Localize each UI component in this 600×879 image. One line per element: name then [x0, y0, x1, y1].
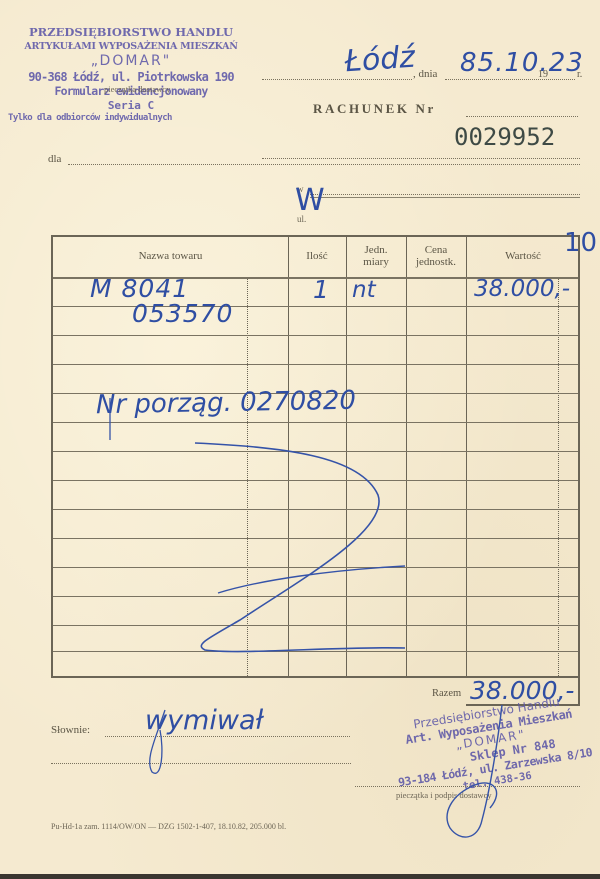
row-line [53, 480, 578, 481]
row1-jednostka[interactable]: nt [352, 277, 376, 303]
row1-ilosc[interactable]: 1 [313, 275, 329, 304]
header-nazwa: Nazwa towaru [53, 237, 288, 277]
header-ilosc: Ilość [288, 237, 346, 277]
rachunek-line [466, 116, 578, 117]
row-line [53, 422, 578, 423]
invoice-number: 0029952 [454, 123, 555, 151]
row-line [53, 451, 578, 452]
supplier-stamp-top: PRZEDSIĘBIORSTWO HANDLU ARTYKUŁAMI WYPOS… [6, 27, 256, 123]
stamp-line: Tylko dla odbiorców indywidualnych [6, 114, 256, 123]
row-line [53, 509, 578, 510]
row-line [53, 651, 578, 652]
header-nazwa-text: Nazwa towaru [139, 251, 203, 263]
place-line[interactable] [262, 79, 412, 80]
stamp-line: 90-368 Łódź, ul. Piotrkowska 190 [6, 71, 256, 83]
row-line [53, 567, 578, 568]
row-line [53, 596, 578, 597]
supplier-stamp-caption: pieczątka dostawcy [104, 84, 170, 94]
row-line [53, 364, 578, 365]
row-line [53, 538, 578, 539]
col-divider [466, 237, 467, 676]
slownie-line-2[interactable] [51, 763, 351, 764]
header-ilosc-text: Ilość [306, 251, 327, 263]
handwritten-place: Łódź [344, 40, 416, 80]
row-line [53, 335, 578, 336]
row5-nazwa[interactable]: Nr porząg. 0270820 [96, 386, 356, 421]
year-suffix: r. [577, 69, 582, 80]
rachunek-line-2 [262, 158, 580, 159]
wartosc-subdivider [558, 277, 559, 676]
rachunek-label: RACHUNEK Nr [313, 101, 436, 117]
stamp-line: PRZEDSIĘBIORSTWO HANDLU [6, 27, 256, 39]
slownie-loop-stroke [140, 700, 200, 780]
handwritten-date: 85.10.23 [460, 48, 584, 78]
col-divider [346, 237, 347, 676]
signature-stroke [420, 700, 540, 850]
col-divider [288, 237, 289, 676]
dnia-label: , dnia [413, 68, 437, 80]
date-line[interactable] [445, 79, 575, 80]
footer-print-info: Pu-Hd-1a zam. 1114/OW/ON — DZG 1502-1-40… [51, 822, 286, 831]
header-cena-line2: jednostk. [416, 257, 456, 269]
w-underline [310, 197, 580, 198]
row-line [53, 625, 578, 626]
header-jedn-line2: miary [363, 257, 389, 269]
stamp-line: Seria C [6, 100, 256, 111]
handwritten-w: W [295, 183, 325, 218]
stamp-line: ARTYKUŁAMI WYPOSAŻENIA MIESZKAŃ [6, 42, 256, 52]
nazwa-subdivider [247, 277, 248, 676]
header-wartosc-text: Wartość [505, 251, 541, 263]
razem-label: Razem [432, 688, 461, 699]
row1-wartosc[interactable]: 38.000,- [474, 276, 570, 302]
row2-nazwa[interactable]: 053570 [132, 299, 233, 328]
stamp-line: „DOMAR" [6, 54, 256, 68]
col-divider [406, 237, 407, 676]
margin-note: 10 [564, 228, 597, 258]
year-prefix: 19 [538, 69, 548, 80]
w-line[interactable] [310, 194, 580, 195]
header-jednostka: Jedn. miary [346, 237, 406, 277]
scan-edge [0, 874, 600, 879]
invoice-paper: PRZEDSIĘBIORSTWO HANDLU ARTYKUŁAMI WYPOS… [0, 0, 600, 874]
header-wartosc: Wartość [466, 237, 580, 277]
dla-label: dla [48, 153, 61, 165]
dla-line[interactable] [68, 164, 580, 165]
header-cena: Cena jednostk. [406, 237, 466, 277]
slownie-label: Słownie: [51, 724, 90, 736]
